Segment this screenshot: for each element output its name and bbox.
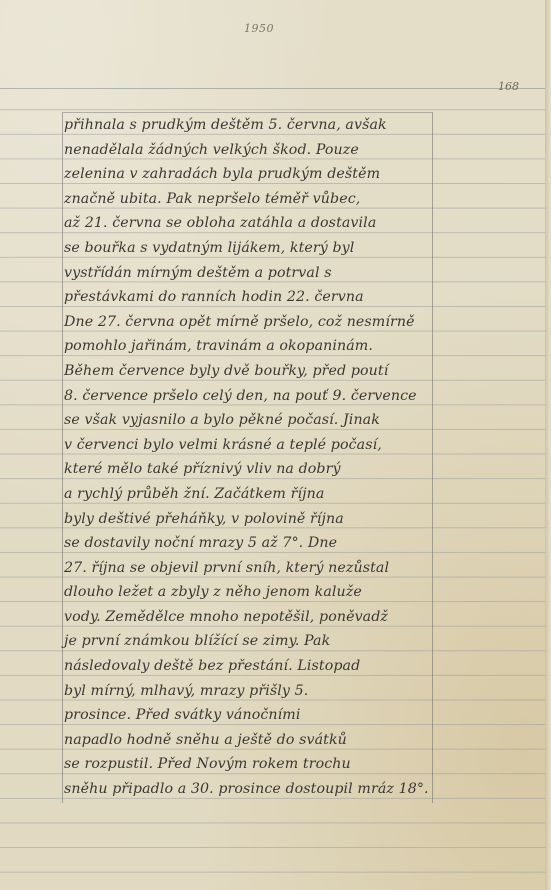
text-line: nenadělala žádných velkých škod. Pouze <box>64 138 454 163</box>
text-line: byl mírný, mlhavý, mrazy přišly 5. <box>64 679 454 704</box>
text-line: v červenci bylo velmi krásné a teplé poč… <box>64 433 454 458</box>
text-line: 8. července pršelo celý den, na pouť 9. … <box>64 384 454 409</box>
text-line: byly deštivé přeháňky, v polovině října <box>64 507 454 532</box>
text-line: které mělo také příznivý vliv na dobrý <box>64 457 454 482</box>
notebook-page: 1950 168 přihnala s prudkým deštěm 5. če… <box>0 0 551 890</box>
text-line: se rozpustil. Před Novým rokem trochu <box>64 752 454 777</box>
text-line: dlouho ležet a zbyly z něho jenom kaluže <box>64 580 454 605</box>
text-line: zelenina v zahradách byla prudkým deštěm <box>64 162 454 187</box>
text-line: napadlo hodně sněhu a ještě do svátků <box>64 728 454 753</box>
text-line: je první známkou blížící se zimy. Pak <box>64 629 454 654</box>
year-heading: 1950 <box>244 22 274 35</box>
text-line: až 21. června se obloha zatáhla a dostav… <box>64 211 454 236</box>
text-line: 27. října se objevil první sníh, který n… <box>64 556 454 581</box>
text-line: přihnala s prudkým deštěm 5. června, avš… <box>64 113 454 138</box>
text-line: a rychlý průběh žní. Začátkem října <box>64 482 454 507</box>
handwritten-text: přihnala s prudkým deštěm 5. června, avš… <box>64 113 454 802</box>
text-line: prosince. Před svátky vánočními <box>64 703 454 728</box>
text-line: značně ubita. Pak nepršelo téměř vůbec, <box>64 187 454 212</box>
text-line: se bouřka s vydatným lijákem, který byl <box>64 236 454 261</box>
text-line: pomohlo jařinám, travinám a okopaninám. <box>64 334 454 359</box>
text-line: se však vyjasnilo a bylo pěkné počasí. J… <box>64 408 454 433</box>
page-edge <box>545 0 551 890</box>
text-line: následovaly deště bez přestání. Listopad <box>64 654 454 679</box>
text-line: se dostavily noční mrazy 5 až 7°. Dne <box>64 531 454 556</box>
text-line: Během července byly dvě bouřky, před pou… <box>64 359 454 384</box>
text-line: sněhu připadlo a 30. prosince dostoupil … <box>64 777 454 802</box>
page-number: 168 <box>498 80 519 93</box>
header-rule <box>0 88 545 89</box>
text-line: vystřídán mírným deštěm a potrval s <box>64 261 454 286</box>
text-line: přestávkami do ranních hodin 22. června <box>64 285 454 310</box>
text-line: vody. Zemědělce mnoho nepotěšil, poněvad… <box>64 605 454 630</box>
text-line: Dne 27. června opět mírně pršelo, což ne… <box>64 310 454 335</box>
